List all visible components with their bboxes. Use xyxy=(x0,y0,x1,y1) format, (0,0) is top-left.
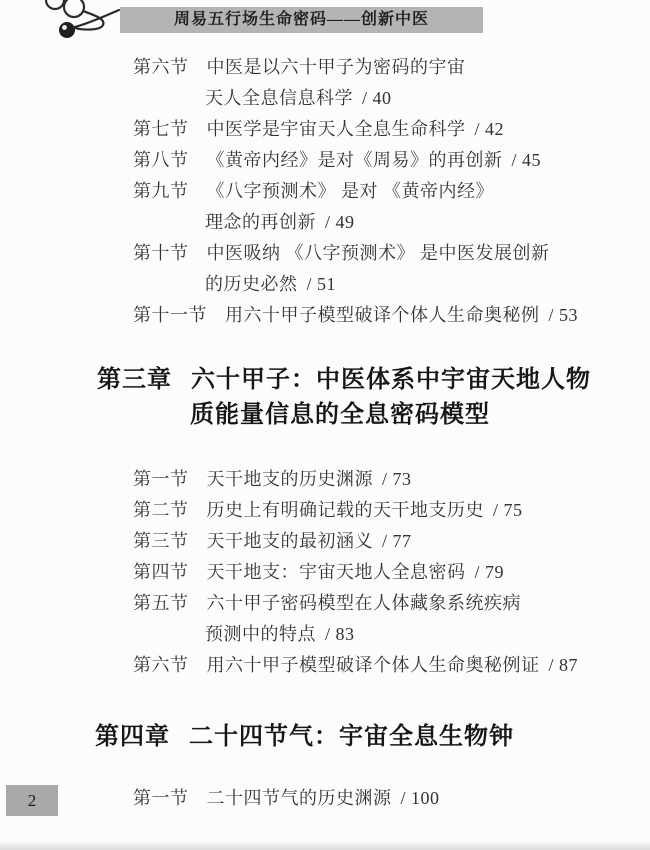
toc-entry-title: 预测中的特点 xyxy=(205,624,316,644)
toc-entry: 第一节天干地支的历史渊源 / 73 xyxy=(133,464,578,495)
toc-entry: 第五节六十甲子密码模型在人体藏象系统疾病 xyxy=(133,588,578,619)
toc-entry: 第七节中医学是宇宙天人全息生命科学 / 42 xyxy=(133,114,578,145)
toc-entry-title: 天干地支的最初涵义 xyxy=(207,531,374,551)
toc-entry-page: / 79 xyxy=(475,562,505,582)
toc-entry-page: / 87 xyxy=(549,655,579,675)
toc-entry-title: 历史上有明确记载的天干地支历史 xyxy=(207,500,485,520)
toc-entry-page: / 49 xyxy=(325,212,355,232)
toc-entry-label: 第一节 xyxy=(133,469,189,489)
toc-entry-title: 天干地支的历史渊源 xyxy=(207,469,374,489)
toc-entry-title: 中医是以六十甲子为密码的宇宙 xyxy=(207,57,466,77)
toc-entry-title: 《黄帝内经》是对《周易》的再创新 xyxy=(207,150,503,170)
toc-entry-page: / 51 xyxy=(307,274,337,294)
toc-entry: 第九节《八字预测术》 是对 《黄帝内经》 xyxy=(133,176,578,207)
toc-entry-title: 理念的再创新 xyxy=(205,212,316,232)
running-head: 周易五行场生命密码——创新中医 xyxy=(120,7,483,33)
toc-entry: 第二节历史上有明确记载的天干地支历史 / 75 xyxy=(133,495,578,526)
toc-chapter2-sections: 第六节中医是以六十甲子为密码的宇宙 天人全息信息科学 / 40 第七节中医学是宇… xyxy=(133,52,578,331)
toc-entry-title: 《八字预测术》 是对 《黄帝内经》 xyxy=(207,181,495,201)
page-number: 2 xyxy=(28,791,37,810)
toc-entry-page: / 83 xyxy=(325,624,355,644)
toc-entry-page: / 53 xyxy=(549,305,579,325)
toc-entry-title: 中医吸纳 《八字预测术》 是中医发展创新 xyxy=(207,243,550,263)
chapter3-title-line1: 六十甲子：中医体系中宇宙天地人物 xyxy=(191,366,591,393)
toc-entry-continuation: 理念的再创新 / 49 xyxy=(133,207,578,238)
toc-entry-page: / 75 xyxy=(493,500,523,520)
toc-entry-label: 第十一节 xyxy=(133,305,207,325)
toc-entry-title: 二十四节气的历史渊源 xyxy=(207,788,392,808)
running-head-title: 周易五行场生命密码——创新中医 xyxy=(174,11,429,28)
chapter4-title: 二十四节气：宇宙全息生物钟 xyxy=(189,723,514,750)
toc-entry-page: / 100 xyxy=(401,788,440,808)
toc-entry-page: / 42 xyxy=(475,119,505,139)
toc-entry-label: 第八节 xyxy=(133,150,189,170)
chapter3-heading: 第三章六十甲子：中医体系中宇宙天地人物 质能量信息的全息密码模型 xyxy=(97,362,591,432)
chapter3-title-line2: 质能量信息的全息密码模型 xyxy=(97,397,591,432)
toc-entry-page: / 73 xyxy=(382,469,412,489)
toc-entry-label: 第十节 xyxy=(133,243,189,263)
page-number-box: 2 xyxy=(6,785,58,816)
toc-entry-page: / 40 xyxy=(362,88,392,108)
toc-chapter3-sections: 第一节天干地支的历史渊源 / 73 第二节历史上有明确记载的天干地支历史 / 7… xyxy=(133,464,578,681)
toc-entry-label: 第一节 xyxy=(133,788,189,808)
scan-shadow xyxy=(0,841,650,850)
toc-entry-title: 的历史必然 xyxy=(205,274,298,294)
toc-entry-title: 天人全息信息科学 xyxy=(205,88,353,108)
toc-entry-page: / 77 xyxy=(382,531,412,551)
toc-entry-continuation: 预测中的特点 / 83 xyxy=(133,619,578,650)
toc-entry-label: 第六节 xyxy=(133,57,189,77)
toc-entry: 第十一节用六十甲子模型破译个体人生命奥秘例 / 53 xyxy=(133,300,578,331)
toc-entry-label: 第二节 xyxy=(133,500,189,520)
toc-entry-label: 第六节 xyxy=(133,655,189,675)
toc-entry-title: 天干地支：宇宙天地人全息密码 xyxy=(207,562,466,582)
toc-entry-label: 第九节 xyxy=(133,181,189,201)
toc-entry-title: 用六十甲子模型破译个体人生命奥秘例证 xyxy=(207,655,540,675)
toc-entry: 第八节《黄帝内经》是对《周易》的再创新 / 45 xyxy=(133,145,578,176)
toc-entry: 第一节二十四节气的历史渊源 / 100 xyxy=(133,783,440,814)
toc-entry: 第六节用六十甲子模型破译个体人生命奥秘例证 / 87 xyxy=(133,650,578,681)
toc-entry: 第四节天干地支：宇宙天地人全息密码 / 79 xyxy=(133,557,578,588)
chapter3-number: 第三章 xyxy=(97,366,172,393)
toc-entry-title: 用六十甲子模型破译个体人生命奥秘例 xyxy=(225,305,540,325)
toc-entry-continuation: 天人全息信息科学 / 40 xyxy=(133,83,578,114)
toc-entry-continuation: 的历史必然 / 51 xyxy=(133,269,578,300)
chapter4-number: 第四章 xyxy=(95,723,170,750)
toc-entry-label: 第七节 xyxy=(133,119,189,139)
toc-entry-label: 第三节 xyxy=(133,531,189,551)
toc-entry-label: 第四节 xyxy=(133,562,189,582)
toc-entry: 第三节天干地支的最初涵义 / 77 xyxy=(133,526,578,557)
toc-entry-page: / 45 xyxy=(512,150,542,170)
toc-entry-title: 中医学是宇宙天人全息生命科学 xyxy=(207,119,466,139)
toc-entry-label: 第五节 xyxy=(133,593,189,613)
toc-entry: 第六节中医是以六十甲子为密码的宇宙 xyxy=(133,52,578,83)
chapter4-heading: 第四章二十四节气：宇宙全息生物钟 xyxy=(95,719,514,754)
stethoscope-doodle-icon xyxy=(28,0,124,50)
toc-entry-title: 六十甲子密码模型在人体藏象系统疾病 xyxy=(207,593,522,613)
book-page: 周易五行场生命密码——创新中医 第六节中医是以六十甲子为密码的宇宙 天人全息信息… xyxy=(0,0,650,850)
toc-chapter4-sections: 第一节二十四节气的历史渊源 / 100 xyxy=(133,783,440,814)
toc-entry: 第十节中医吸纳 《八字预测术》 是中医发展创新 xyxy=(133,238,578,269)
